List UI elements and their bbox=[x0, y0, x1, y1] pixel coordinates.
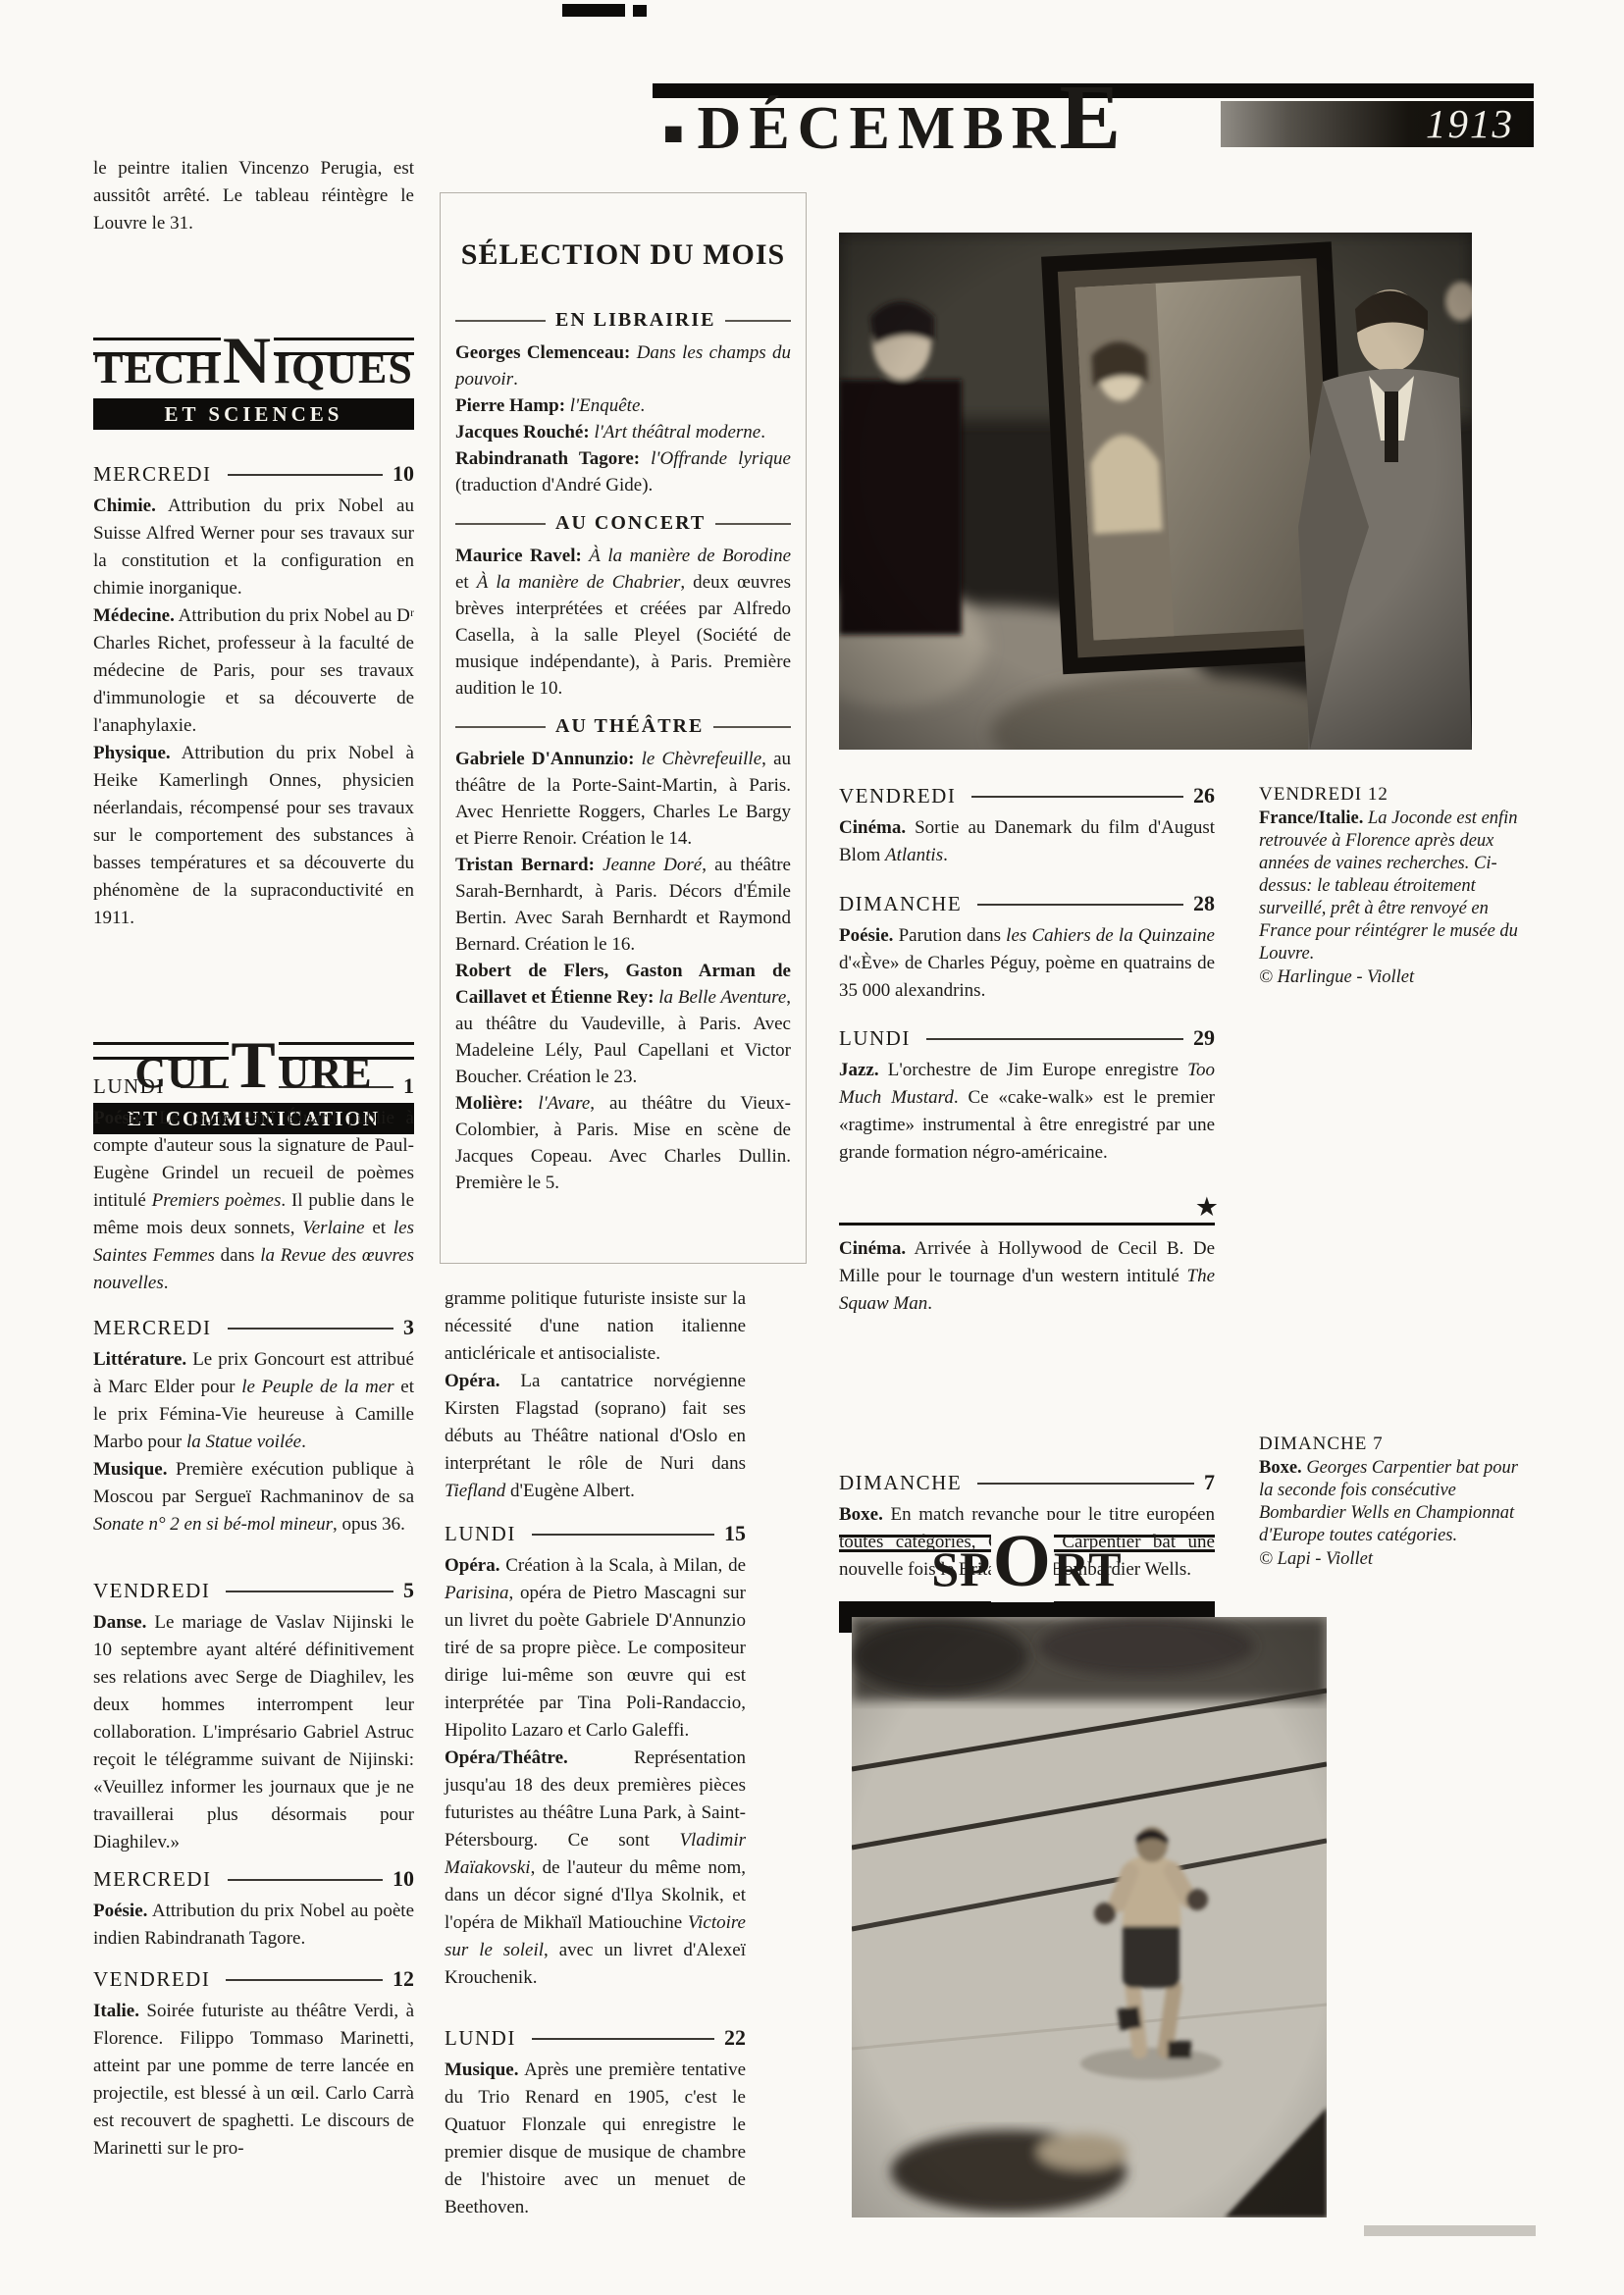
big-letter: T bbox=[229, 1027, 278, 1102]
day-name: LUNDI bbox=[839, 1026, 911, 1051]
selection-item: Gabriele D'Annunzio: le Chèvrefeuille, a… bbox=[455, 746, 791, 852]
entry-mercredi-10b: MERCREDI10 Poésie. Attribution du prix N… bbox=[93, 1864, 414, 1953]
section-header-techniques: TECHNIQUES ET SCIENCES bbox=[93, 332, 414, 430]
subsection-label: AU THÉÂTRE bbox=[546, 715, 713, 738]
section-title: SPORT bbox=[931, 1544, 1122, 1593]
day-number: 15 bbox=[724, 1521, 746, 1546]
subsection-header-theatre: AU THÉÂTRE bbox=[455, 715, 791, 738]
day-rule bbox=[971, 796, 1183, 798]
day-number: 28 bbox=[1193, 891, 1215, 916]
rule bbox=[455, 320, 546, 322]
year-label: 1913 bbox=[1426, 101, 1514, 146]
subsection-header-librairie: EN LIBRAIRIE bbox=[455, 309, 791, 332]
entry-paragraph: Danse. Le mariage de Vaslav Nijinski le … bbox=[93, 1609, 414, 1856]
entry-paragraph: gramme politique futuriste insiste sur l… bbox=[445, 1285, 746, 1368]
day-rule bbox=[228, 474, 383, 476]
caption-joconde: VENDREDI 12 France/Italie. La Joconde es… bbox=[1259, 783, 1526, 989]
entry-paragraph: Poésie. Parution dans les Cahiers de la … bbox=[839, 922, 1215, 1005]
day-rule bbox=[228, 1879, 383, 1881]
day-number: 1 bbox=[403, 1073, 414, 1099]
intro-paragraph: le peintre italien Vincenzo Perugia, est… bbox=[93, 155, 414, 237]
photo-credit: © Harlingue - Viollet bbox=[1259, 966, 1526, 989]
entry-lundi-22: LUNDI22 Musique. Après une première tent… bbox=[445, 2023, 746, 2221]
selection-item: Tristan Bernard: Jeanne Doré, au théâtre… bbox=[455, 852, 791, 958]
day-name: DIMANCHE bbox=[839, 1471, 962, 1495]
caption-boxe: DIMANCHE 7 Boxe. Georges Carpentier bat … bbox=[1259, 1433, 1526, 1571]
col2-continuation: gramme politique futuriste insiste sur l… bbox=[445, 1285, 746, 1505]
square-bullet-icon: ■ bbox=[663, 118, 684, 151]
scan-mark bbox=[562, 4, 625, 17]
entry-paragraph: Littérature. Le prix Goncourt est attrib… bbox=[93, 1346, 414, 1456]
day-number: 7 bbox=[1204, 1470, 1215, 1495]
subsection-label: EN LIBRAIRIE bbox=[546, 309, 725, 332]
entry-paragraph: Jazz. L'orchestre de Jim Europe enregist… bbox=[839, 1057, 1215, 1167]
selection-item: Jacques Rouché: l'Art théâtral moderne. bbox=[455, 419, 791, 445]
entry-paragraph: Musique. Première exécution publique à M… bbox=[93, 1456, 414, 1539]
selection-item: Rabindranath Tagore: l'Offrande lyrique … bbox=[455, 445, 791, 498]
day-name: LUNDI bbox=[445, 1522, 516, 1546]
day-number: 3 bbox=[403, 1315, 414, 1340]
entry-paragraph: Poésie. Attribution du prix Nobel au poè… bbox=[93, 1898, 414, 1953]
day-number: 26 bbox=[1193, 783, 1215, 808]
month-title: DÉCEMBR bbox=[698, 97, 1064, 160]
entry-lundi-1: LUNDI1 Poésie. Le jeune Paul Éluard publ… bbox=[93, 1071, 414, 1297]
boxing-photo-illustration bbox=[852, 1617, 1327, 2217]
rule bbox=[713, 726, 791, 728]
entry-vendredi-26: VENDREDI26 Cinéma. Sortie au Danemark du… bbox=[839, 781, 1215, 869]
day-rule bbox=[226, 1591, 393, 1592]
selection-title: SÉLECTION DU MOIS bbox=[455, 238, 791, 272]
entry-paragraph: Italie. Soirée futuriste au théâtre Verd… bbox=[93, 1998, 414, 2163]
big-letter: O bbox=[991, 1520, 1054, 1602]
day-header: LUNDI22 bbox=[445, 2023, 746, 2053]
caption-day: DIMANCHE 7 bbox=[1259, 1433, 1526, 1455]
section-title: TECHNIQUES bbox=[94, 347, 413, 391]
year-band: 1913 bbox=[1221, 101, 1534, 147]
entry-paragraph: Musique. Après une première tentative du… bbox=[445, 2057, 746, 2221]
selection-item: Robert de Flers, Gaston Arman de Caillav… bbox=[455, 958, 791, 1090]
day-rule bbox=[977, 1483, 1194, 1485]
day-number: 5 bbox=[403, 1578, 414, 1603]
entry-vendredi-5: VENDREDI5 Danse. Le mariage de Vaslav Ni… bbox=[93, 1576, 414, 1856]
day-rule bbox=[977, 904, 1183, 906]
scan-mark bbox=[1364, 2225, 1536, 2236]
day-rule bbox=[228, 1328, 393, 1330]
selection-item: Georges Clemenceau: Dans les champs du p… bbox=[455, 339, 791, 392]
joconde-photo bbox=[839, 233, 1472, 750]
entry-mercredi-3: MERCREDI3 Littérature. Le prix Goncourt … bbox=[93, 1313, 414, 1539]
entry-paragraph: Opéra/Théâtre. Représentation jusqu'au 1… bbox=[445, 1745, 746, 1992]
entry-dimanche-28: DIMANCHE28 Poésie. Parution dans les Cah… bbox=[839, 889, 1215, 1005]
selection-du-mois-panel: SÉLECTION DU MOIS EN LIBRAIRIE Georges C… bbox=[440, 192, 807, 1264]
day-name: MERCREDI bbox=[93, 462, 212, 487]
rule: ★ bbox=[839, 1223, 1215, 1226]
day-header: VENDREDI26 bbox=[839, 781, 1215, 810]
day-header: MERCREDI10 bbox=[93, 1864, 414, 1894]
entry-mercredi-10: MERCREDI10 Chimie. Attribution du prix N… bbox=[93, 459, 414, 932]
selection-item: Molière: l'Avare, au théâtre du Vieux-Co… bbox=[455, 1090, 791, 1196]
rule bbox=[455, 726, 546, 728]
day-number: 29 bbox=[1193, 1025, 1215, 1051]
day-number: 10 bbox=[393, 1866, 414, 1892]
star-icon: ★ bbox=[1195, 1192, 1219, 1223]
day-name: MERCREDI bbox=[93, 1867, 212, 1892]
day-name: VENDREDI bbox=[839, 784, 956, 808]
entry-paragraph: Chimie. Attribution du prix Nobel au Sui… bbox=[93, 493, 414, 602]
selection-item: Pierre Hamp: l'Enquête. bbox=[455, 392, 791, 419]
entry-lundi-29: LUNDI29 Jazz. L'orchestre de Jim Europe … bbox=[839, 1023, 1215, 1167]
day-header: DIMANCHE28 bbox=[839, 889, 1215, 918]
section-title: CULTURE bbox=[134, 1052, 372, 1095]
day-header: MERCREDI3 bbox=[93, 1313, 414, 1342]
day-name: LUNDI bbox=[445, 2026, 516, 2051]
caption-day: VENDREDI 12 bbox=[1259, 783, 1526, 806]
rule bbox=[455, 523, 546, 525]
day-number: 22 bbox=[724, 2025, 746, 2051]
caption-text: France/Italie. La Joconde est enfin retr… bbox=[1259, 808, 1526, 965]
day-number: 12 bbox=[393, 1966, 414, 1992]
subsection-header-concert: AU CONCERT bbox=[455, 512, 791, 535]
day-rule bbox=[926, 1038, 1183, 1040]
entry-paragraph: Opéra. Création à la Scala, à Milan, de … bbox=[445, 1552, 746, 1745]
day-rule bbox=[226, 1979, 383, 1981]
day-header: VENDREDI5 bbox=[93, 1576, 414, 1605]
caption-text: Boxe. Georges Carpentier bat pour la sec… bbox=[1259, 1457, 1526, 1547]
entry-paragraph: Opéra. La cantatrice norvégienne Kirsten… bbox=[445, 1368, 746, 1505]
star-note-block: ★ Cinéma. Arrivée à Hollywood de Cecil B… bbox=[839, 1223, 1215, 1318]
subsection-label: AU CONCERT bbox=[546, 512, 715, 535]
col1-intro: le peintre italien Vincenzo Perugia, est… bbox=[93, 155, 414, 237]
month-title-big-letter: E bbox=[1059, 86, 1121, 149]
boxing-photo bbox=[852, 1617, 1327, 2217]
entry-paragraph: Médecine. Attribution du prix Nobel au D… bbox=[93, 602, 414, 740]
day-rule bbox=[532, 1534, 714, 1536]
day-name: VENDREDI bbox=[93, 1579, 210, 1603]
masthead-title: ■ DÉCEMBR E bbox=[663, 86, 1121, 155]
day-number: 10 bbox=[393, 461, 414, 487]
joconde-photo-illustration bbox=[839, 233, 1472, 750]
photo-credit: © Lapi - Viollet bbox=[1259, 1548, 1526, 1571]
selection-item: Maurice Ravel: À la manière de Borodine … bbox=[455, 543, 791, 702]
day-rule bbox=[532, 2038, 714, 2040]
scan-mark bbox=[633, 5, 647, 17]
entry-paragraph: Physique. Attribution du prix Nobel à He… bbox=[93, 740, 414, 932]
day-header: LUNDI15 bbox=[445, 1519, 746, 1548]
section-subtitle-band: ET SCIENCES bbox=[93, 398, 414, 430]
day-header: DIMANCHE7 bbox=[839, 1468, 1215, 1497]
rule bbox=[715, 523, 791, 525]
rule bbox=[725, 320, 791, 322]
entry-paragraph: Poésie. Le jeune Paul Éluard publie à co… bbox=[93, 1105, 414, 1297]
entry-lundi-15: LUNDI15 Opéra. Création à la Scala, à Mi… bbox=[445, 1519, 746, 1992]
day-name: VENDREDI bbox=[93, 1967, 210, 1992]
day-header: LUNDI29 bbox=[839, 1023, 1215, 1053]
entry-paragraph: Cinéma. Arrivée à Hollywood de Cecil B. … bbox=[839, 1235, 1215, 1318]
big-letter: N bbox=[221, 323, 274, 397]
day-name: DIMANCHE bbox=[839, 892, 962, 916]
day-name: MERCREDI bbox=[93, 1316, 212, 1340]
entry-vendredi-12: VENDREDI12 Italie. Soirée futuriste au t… bbox=[93, 1964, 414, 2163]
magazine-page: ■ DÉCEMBR E 1913 le peintre italien Vinc… bbox=[0, 0, 1624, 2295]
day-header: VENDREDI12 bbox=[93, 1964, 414, 1994]
entry-paragraph: Cinéma. Sortie au Danemark du film d'Aug… bbox=[839, 814, 1215, 869]
day-header: MERCREDI10 bbox=[93, 459, 414, 489]
